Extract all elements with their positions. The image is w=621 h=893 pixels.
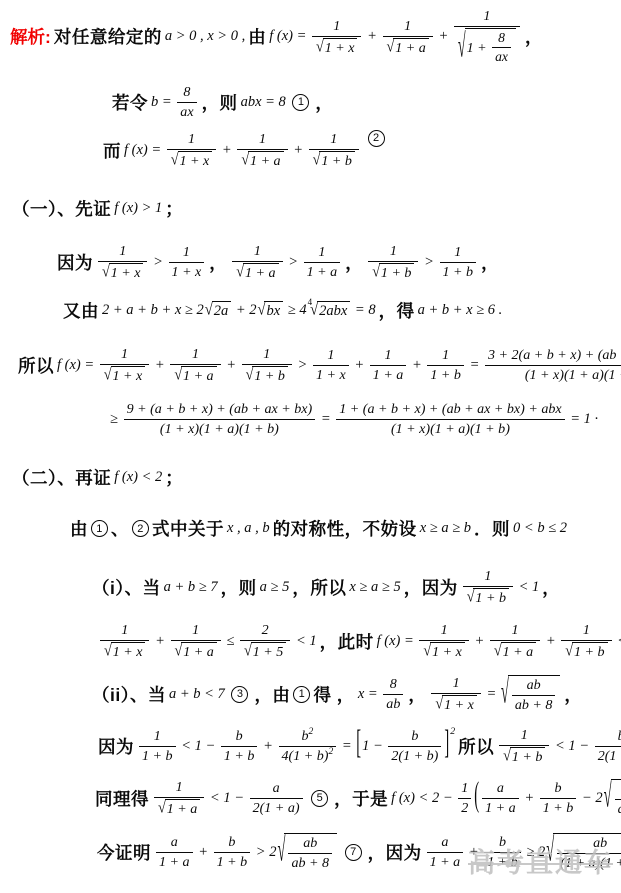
radical: √1 + 5 (244, 642, 286, 660)
fraction: 3 + 2(a + b + x) + (ab + ax + bx)(1 + x)… (485, 347, 621, 384)
math-run: a + b ≥ 7 (164, 579, 218, 596)
text: a (273, 780, 280, 797)
numerator: a (156, 834, 193, 853)
radicand: 1 + x (430, 642, 465, 660)
radical: √1 + x (435, 695, 476, 713)
text: 1 + a (183, 368, 214, 384)
text: 1 (583, 622, 590, 639)
denominator: 1 + b (214, 853, 251, 871)
text: 1 + b (224, 748, 255, 765)
text-run: ，所以 (292, 575, 346, 600)
text-run: （二）、再证 (12, 465, 111, 490)
text: ； (165, 465, 183, 490)
text: 2 (450, 726, 455, 737)
text: < 1 (515, 579, 539, 596)
radicand: 2a (212, 301, 232, 320)
fraction: 1√1 + b (499, 727, 549, 765)
text: 1 + (a + b + x) + (ab + ax + bx) + abx (339, 401, 561, 418)
text: 1 (461, 780, 468, 797)
text-run: ，于是 (334, 786, 388, 811)
text: 1 + b (217, 854, 248, 871)
text: 3 + 2(a + b + x) + (ab + ax + bx) (488, 347, 621, 364)
text: + (363, 28, 380, 45)
text: 1 (330, 131, 337, 148)
text-run: 今证明 (97, 840, 151, 865)
text: x ≥ a ≥ b (420, 520, 471, 537)
radicand: 1 + b (319, 151, 355, 169)
part1-heading: （一）、先证f (x) > 1； (12, 196, 186, 221)
text-run: ， (481, 250, 499, 275)
numerator: 1 (169, 244, 205, 263)
text: + 2 (232, 302, 256, 319)
text: 1 (385, 347, 392, 364)
text: 1 + a (485, 800, 516, 817)
text: ab + 8 (618, 801, 621, 818)
fraction: abab + 8 (615, 781, 621, 818)
text-run: （一）、先证 (12, 196, 111, 221)
text: ax (495, 49, 508, 65)
denominator: 2(1 + b) (595, 747, 621, 765)
radical-sign-icon: √ (316, 38, 324, 56)
denominator: 1 + a (156, 853, 193, 871)
numerator: 1 (171, 622, 221, 641)
denominator: √1 + x (100, 641, 149, 660)
radical: √abab + 8 (501, 675, 561, 714)
text: ， (209, 250, 227, 275)
text: + (521, 790, 538, 807)
numerator: 1 (431, 675, 480, 694)
circled-number: 7 (345, 844, 362, 861)
text: ， (345, 250, 363, 275)
text: 对任意给定的 (54, 24, 162, 49)
text: 2 (308, 726, 313, 737)
radical-sign-icon: √ (435, 695, 443, 713)
text: 因为 (98, 734, 134, 759)
text: 1 (192, 622, 199, 639)
text: b = (151, 94, 175, 111)
numerator: 1 (98, 243, 147, 262)
numerator: 1 + (a + b + x) + (ab + ax + bx) + abx (336, 401, 564, 420)
text: abx = 8 (241, 94, 290, 111)
denominator: (1 + x)(1 + a)(1 + b) (124, 420, 316, 438)
text: 所以 (458, 734, 494, 759)
intro-line: 解析:对任意给定的a > 0 , x > 0 ,由f (x) = 1√1 + x… (10, 8, 546, 66)
text: a (441, 834, 448, 851)
text: ax (180, 104, 193, 121)
text: 1 + b (430, 367, 461, 384)
radical: √1 + x (104, 642, 145, 660)
fraction: 1√1 + b (561, 622, 611, 660)
superscript: 2 (328, 746, 333, 757)
denominator: √1 + 5 (240, 641, 290, 660)
numerator: 1 (490, 622, 540, 641)
substitution-line: 若令b = 8ax，则abx = 8 1， (112, 84, 336, 121)
math-run: 2 + a + b + x ≥ 2√2a + 2√bx ≥ 44√2abx = … (102, 301, 376, 320)
text: + (151, 633, 168, 650)
text: 1 (192, 346, 199, 363)
numerator: b (388, 728, 441, 747)
radical: √1 + a (174, 366, 216, 384)
numerator: a (482, 780, 519, 799)
text-run: ， (209, 250, 227, 275)
text: 1 + b (381, 265, 412, 281)
text-run: ，则 (221, 575, 257, 600)
inequality-basics-line: 因为1√1 + x > 11 + x，1√1 + a > 11 + a，1√1 … (57, 243, 502, 281)
numerator: 1 (304, 244, 341, 263)
numerator: 1 (154, 779, 204, 798)
circled-number: 2 (132, 520, 149, 537)
denominator: √1 + a (490, 641, 540, 660)
numerator: 1 (309, 131, 359, 150)
solution-document: 解析:对任意给定的a > 0 , x > 0 ,由f (x) = 1√1 + x… (0, 0, 621, 893)
text: 1 + x (113, 368, 143, 384)
text: ， (564, 682, 582, 707)
radical-sign-icon: √ (503, 747, 511, 765)
denominator: √1 + x (431, 694, 480, 713)
text: (1 + x)(1 + a)(1 + b) (160, 421, 279, 438)
circled-number: 1 (91, 520, 108, 537)
text: 1 + a (503, 644, 534, 660)
radicand: 1 + 8ax (465, 28, 516, 66)
text: ， (315, 90, 333, 115)
text: 1 + x (113, 644, 143, 660)
text: ； (165, 196, 183, 221)
text: 1 (121, 622, 128, 639)
text: 4(1 + b) (282, 748, 329, 765)
radical-sign-icon: √ (458, 28, 466, 66)
fraction: 12 (458, 780, 471, 817)
text: b (228, 834, 235, 851)
text: a + b + x ≥ 6 . (418, 302, 503, 319)
radicand: abab + 8 (508, 675, 561, 714)
radical-sign-icon: √ (205, 301, 213, 320)
radical: √1 + x (104, 366, 145, 384)
fraction: 1√1 + a (170, 346, 220, 384)
text: a ≥ 5 (260, 579, 290, 596)
text: 得 ， (313, 682, 354, 707)
text-run: ， (408, 682, 426, 707)
numerator: a (427, 834, 464, 853)
text: 1 (119, 243, 126, 260)
radical: √1 + b (372, 263, 414, 281)
text: 1 (176, 779, 183, 796)
radicand: 2abx (317, 301, 350, 320)
math-run: f (x) = 1√1 + x + 1√1 + a + 1√1 + b 2 (124, 131, 388, 169)
text: 1 + x (111, 265, 141, 281)
denominator: √1 + a (383, 37, 433, 56)
text: ， (542, 575, 560, 600)
text: ，因为 (404, 575, 458, 600)
text: 1 + b (142, 748, 173, 765)
symmetry-line: 由1、2式中关于x , a , b的对称性，不妨设x ≥ a ≥ b．则0 < … (70, 516, 570, 541)
math-run: 1√1 + b > 11 + b (366, 243, 478, 281)
radical-sign-icon: √ (102, 263, 110, 281)
text: 1 + x (316, 367, 346, 384)
numerator: 1 (237, 131, 287, 150)
text: 1 (442, 347, 449, 364)
denominator: ax (492, 48, 511, 65)
text: 1 (183, 244, 190, 261)
text: ，则 (202, 90, 238, 115)
text: + (408, 357, 425, 374)
text: b (301, 728, 308, 745)
radicand: 1 + 5 (251, 642, 287, 660)
denominator: √1 + b (463, 587, 513, 606)
numerator: 1 (463, 568, 513, 587)
text: 1 + x (432, 644, 462, 660)
text: > (294, 357, 311, 374)
text: 2(1 + b) (598, 748, 621, 765)
numerator: 2 (240, 622, 290, 641)
denominator: √1 + a (237, 150, 287, 169)
circled-number: 1 (293, 686, 310, 703)
text: 1 (484, 568, 491, 585)
denominator: 1 + b (139, 747, 176, 765)
radicand: 1 + a (181, 366, 217, 384)
denominator: √1 + b (309, 150, 359, 169)
text: = (338, 738, 355, 755)
text-run: ； (165, 465, 183, 490)
math-run: ≥ 9 + (a + b + x) + (ab + ax + bx)(1 + x… (110, 401, 598, 438)
denominator: √1 + a (154, 798, 204, 817)
text: < 1 − (551, 738, 592, 755)
radicand: 1 + x (111, 642, 146, 660)
radicand: 1 + x (323, 38, 358, 56)
radical-sign-icon: √ (501, 675, 509, 713)
numerator: b (540, 780, 577, 799)
numerator: 8 (383, 676, 403, 695)
math-run: 1√1 + a < 1 − a2(1 + a) 5 (152, 779, 331, 817)
radicand: 1 + b (572, 642, 608, 660)
text-run: ， (525, 24, 543, 49)
text-run: ．则 (474, 516, 510, 541)
fraction: 1√1 + b (463, 568, 513, 606)
text: 2 (262, 622, 269, 639)
numerator: 1 (100, 622, 149, 641)
lower-bound-continued-line: ≥ 9 + (a + b + x) + (ab + ax + bx)(1 + x… (110, 401, 601, 438)
text-run: 而 (103, 138, 121, 163)
text: > (285, 254, 302, 271)
text: = (466, 357, 483, 374)
denominator: 1 + x (313, 366, 349, 384)
text: x ≥ a ≥ 5 (349, 579, 400, 596)
fraction: b1 + b (221, 728, 258, 765)
text: 0 < b ≤ 2 (513, 520, 567, 537)
text: 1 + a (159, 854, 190, 871)
radicand: 1 + x (111, 366, 146, 384)
fraction: 1√1 + a (490, 622, 540, 660)
text: a > 0 , x > 0 , (165, 28, 245, 45)
text: + (195, 844, 212, 861)
text: > (149, 254, 166, 271)
numerator: 9 + (a + b + x) + (ab + ax + bx) (124, 401, 316, 420)
radical: √abab + 8 (604, 779, 621, 818)
text: x = (358, 686, 381, 703)
text: f (x) = (124, 142, 165, 159)
part2-heading: （二）、再证f (x) < 2； (12, 465, 186, 490)
text: ，则 (221, 575, 257, 600)
numerator: 1 (242, 346, 292, 365)
fraction: b2(1 + b) (388, 728, 441, 765)
text: ，得 (379, 298, 415, 323)
text: x , a , b (227, 520, 270, 537)
radical-sign-icon: √ (174, 366, 182, 384)
denominator: 4(1 + b)2 (279, 747, 337, 765)
numerator: 1 (370, 347, 407, 366)
fraction: 2√1 + 5 (240, 622, 290, 660)
circled-number: 3 (231, 686, 248, 703)
text: 1 + b (543, 800, 574, 817)
bound-b-line: 因为11 + b < 1 − b1 + b + b24(1 + b)2 = [1… (98, 727, 621, 765)
text (338, 844, 342, 861)
text: 1 (154, 728, 161, 745)
denominator: √1 + a (171, 641, 221, 660)
text-run: 由 (248, 24, 266, 49)
text: 1 + a (307, 264, 338, 281)
fraction: abab + 8 (288, 835, 332, 872)
text: （i）、当 (92, 575, 161, 600)
text-run: ，由1得 ， (254, 682, 354, 707)
text: < 1 − (206, 790, 247, 807)
amgm-line: 又由2 + a + b + x ≥ 2√2a + 2√bx ≥ 44√2abx … (63, 298, 505, 323)
text-run: ， (315, 90, 333, 115)
close-bracket: ] (444, 728, 449, 765)
text: b (555, 780, 562, 797)
math-run: 1√1 + x = √abab + 8 (429, 675, 561, 714)
text: 2 (328, 746, 333, 757)
fraction: 1√1 + a (154, 779, 204, 817)
denominator: ab + 8 (615, 800, 621, 818)
watermark: 高考直通车 (468, 841, 613, 880)
radical-sign-icon: √ (244, 642, 252, 660)
text-run: 若令 (112, 90, 148, 115)
numerator: b (595, 728, 621, 747)
text: ．则 (474, 516, 510, 541)
text: a + b < 7 (169, 686, 228, 703)
numerator: b2 (279, 728, 337, 747)
denominator: √1 + b (368, 262, 418, 281)
text: 1 + a (183, 644, 214, 660)
radical-sign-icon: √ (310, 301, 318, 320)
text: + (151, 357, 168, 374)
text: 1 + x (180, 153, 210, 169)
text: 1 + b (475, 590, 506, 606)
radical: √1 + b (467, 588, 509, 606)
text-run: ，此时 (320, 629, 374, 654)
text: （ii）、当 (92, 682, 166, 707)
text: = 8 (351, 302, 375, 319)
text: 因为 (57, 250, 93, 275)
radicand: 1 + a (501, 642, 537, 660)
text: f (x) = (57, 357, 98, 374)
numerator: 1 (427, 347, 464, 366)
numerator: 1 (383, 18, 433, 37)
fraction: 8ax (177, 84, 196, 121)
fraction: b1 + b (214, 834, 251, 871)
text: 1 − (362, 738, 386, 755)
fraction: 11 + b (440, 244, 477, 281)
fraction: a2(1 + a) (250, 780, 303, 817)
denominator: ab + 8 (288, 854, 332, 872)
fraction: abab + 8 (512, 677, 556, 714)
denominator: √1 + 8ax (454, 27, 520, 66)
text (305, 790, 309, 807)
math-run: 1√1 + b < 1 − b2(1 + b) 4 (497, 727, 621, 765)
math-run: f (x) < 2 (114, 469, 162, 486)
text: 1 + b (321, 153, 352, 169)
text: 1 + x (325, 40, 355, 56)
text: 由 (70, 516, 88, 541)
text: ab + 8 (515, 697, 553, 714)
radical-sign-icon: √ (104, 366, 112, 384)
text: （二）、再证 (12, 465, 111, 490)
math-run: 1√1 + x > 11 + x (96, 243, 206, 281)
math-run: a + b + x ≥ 6 . (418, 302, 503, 319)
denominator: 1 + b (540, 799, 577, 817)
math-run: abx = 8 1 (241, 94, 313, 111)
text: 2abx (319, 303, 347, 320)
denominator: √1 + x (98, 262, 147, 281)
text: < 1 − (178, 738, 219, 755)
text: f (x) < 2 − (391, 790, 456, 807)
text: 8 (183, 84, 190, 101)
text: ≥ 4 (284, 302, 306, 319)
text: + (218, 142, 235, 159)
text: 1 (318, 244, 325, 261)
radicand: bx (264, 301, 283, 320)
text: ≤ (223, 633, 238, 650)
denominator: 1 + b (221, 747, 258, 765)
math-run: f (x) = 1√1 + x + 1√1 + a + 1√1 + b > 11… (57, 346, 621, 384)
text: 1 + b (512, 749, 543, 765)
text: < 2 · (614, 633, 621, 650)
text: 1 (453, 675, 460, 692)
open-bracket: ( (474, 779, 479, 818)
text: ≥ (110, 411, 122, 428)
text: f (x) = (377, 633, 418, 650)
numerator: ab (288, 835, 332, 854)
text: ， (408, 682, 426, 707)
radical: √1 + a (241, 151, 283, 169)
text: ，此时 (320, 629, 374, 654)
bracket-group: (a1 + a + b1 + b − 2√abab + 8) (473, 779, 621, 818)
denominator: ab (383, 695, 403, 713)
text-run: ，则 (202, 90, 238, 115)
fraction: 1√1 + x (167, 131, 216, 169)
math-run: a + b < 7 3 (169, 686, 251, 703)
text: ， (525, 24, 543, 49)
numerator: 1 (312, 18, 361, 37)
text: bx (266, 303, 280, 320)
fraction: 8ab (383, 676, 403, 713)
text: 1 + a (245, 265, 276, 281)
radical-sign-icon: √ (372, 263, 380, 281)
text-run: 对任意给定的 (54, 24, 162, 49)
radical-sign-icon: √ (104, 642, 112, 660)
fx-lower-bound-line: 所以f (x) = 1√1 + x + 1√1 + a + 1√1 + b > … (18, 346, 621, 384)
text: + (542, 633, 559, 650)
radical: √1 + x (316, 38, 357, 56)
denominator: √1 + b (499, 746, 549, 765)
fraction: b1 + b (540, 780, 577, 817)
text: 1 (483, 8, 490, 25)
text-run: ，因为 (404, 575, 458, 600)
radical-sign-icon: √ (246, 366, 254, 384)
text: 1 (454, 244, 461, 261)
math-run: 0 < b ≤ 2 (513, 520, 567, 537)
text: 2 + a + b + x ≥ 2 (102, 302, 204, 319)
denominator: (1 + x)(1 + a)(1 + b) (336, 420, 564, 438)
